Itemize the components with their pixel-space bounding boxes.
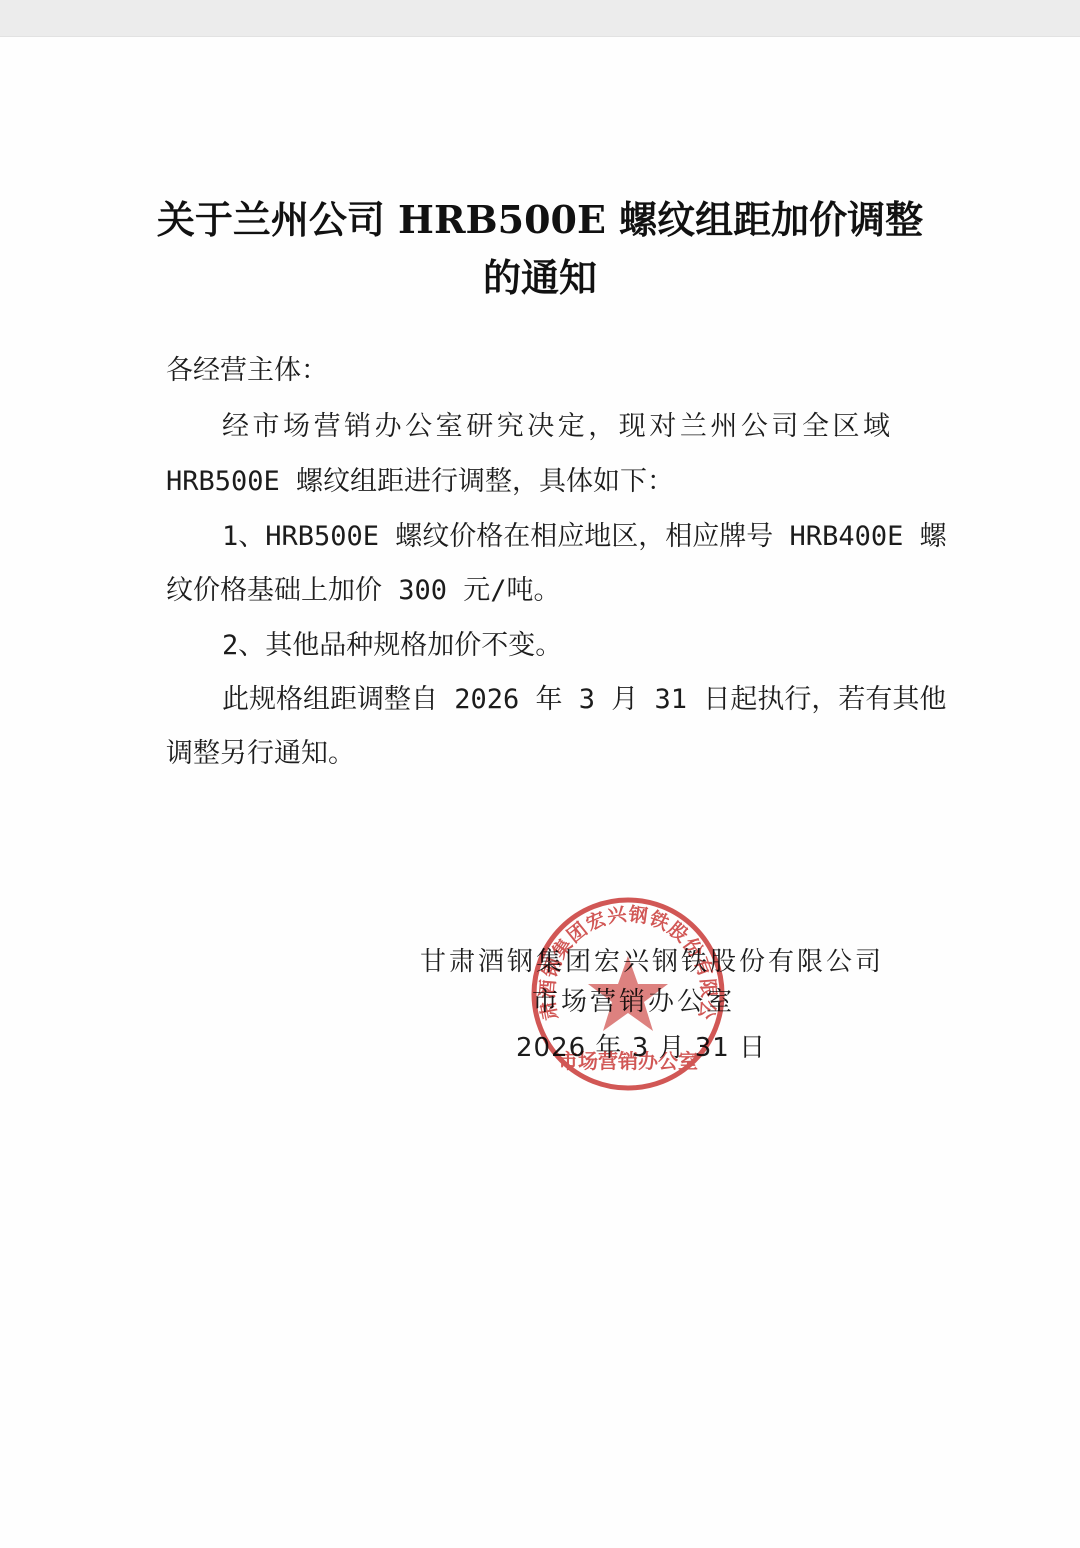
item-2: 2、其他品种规格加价不变。 [222, 623, 890, 662]
official-seal-icon: 甘肃酒钢集团宏兴钢铁股份有限公司 市场营销办公室 [528, 894, 728, 1094]
top-bar [0, 0, 1080, 37]
document-title-line-2: 的通知 [140, 247, 940, 302]
item-1-line-2: 纹价格基础上加价 300 元/吨。 [166, 568, 890, 607]
paragraph-intro-line-1: 经市场营销办公室研究决定，现对兰州公司全区域 [222, 404, 890, 443]
salutation: 各经营主体： [166, 348, 890, 387]
paragraph-intro-line-2: HRB500E 螺纹组距进行调整，具体如下： [166, 459, 890, 498]
item-1-line-1: 1、HRB500E 螺纹价格在相应地区，相应牌号 HRB400E 螺 [222, 514, 890, 553]
document-page: 关于兰州公司 HRB500E 螺纹组距加价调整 的通知 各经营主体： 经市场营销… [0, 37, 1080, 1548]
document-title-line-1: 关于兰州公司 HRB500E 螺纹组距加价调整 [140, 189, 940, 244]
effective-date-line-2: 调整另行通知。 [166, 731, 890, 770]
svg-text:市场营销办公室: 市场营销办公室 [558, 1049, 698, 1073]
effective-date-line-1: 此规格组距调整自 2026 年 3 月 31 日起执行，若有其他 [222, 677, 890, 716]
